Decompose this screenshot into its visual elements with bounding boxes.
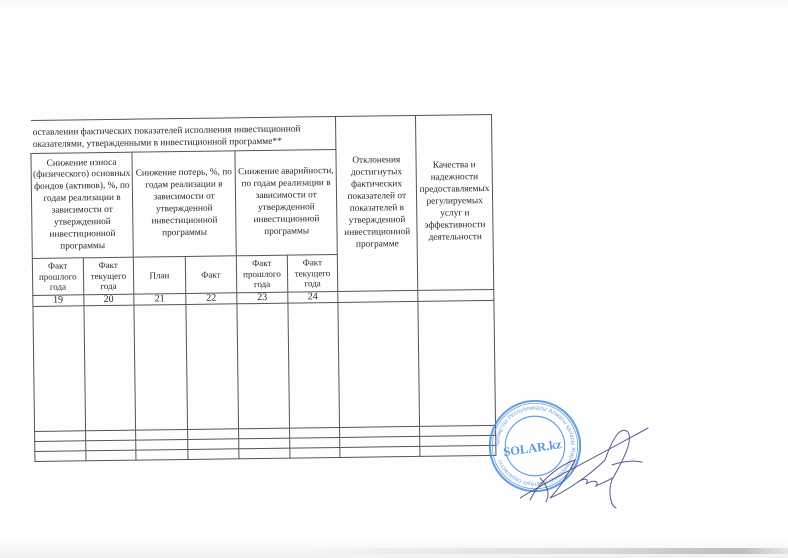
subheader-22: Факт: [185, 256, 237, 294]
column-number: 23: [237, 292, 288, 304]
subheader-20: Факт текущего года: [83, 257, 134, 295]
table-cell: [35, 431, 86, 442]
table-cell: [288, 303, 340, 429]
table-cell: [289, 428, 340, 439]
table-cell: [187, 439, 239, 450]
table-cell: [85, 450, 136, 461]
report-table-container: оставлении фактических показателей испол…: [30, 114, 496, 462]
table-cell: [35, 451, 86, 462]
table-cell: [289, 438, 340, 449]
table-cell: [136, 450, 188, 461]
table-cell: [239, 428, 290, 439]
table-cell: [289, 448, 340, 459]
header-quality: Качества и надежности предоставляемых ре…: [416, 114, 494, 290]
scan-artifact: [300, 548, 788, 554]
header-deviations: Отклонения достигнутых фактических показ…: [336, 115, 418, 291]
table-cell: [338, 301, 420, 427]
column-number: 21: [134, 294, 186, 306]
table-cell: [85, 430, 136, 441]
table-cell: [187, 429, 239, 440]
table-cell: [239, 438, 290, 449]
table-cell: [239, 448, 290, 459]
column-number: 20: [83, 294, 134, 306]
table-cell: [237, 303, 289, 429]
header-wear-reduction: Снижение износа (физического) основных ф…: [31, 152, 133, 258]
column-number: 24: [287, 292, 338, 304]
column-number: 22: [185, 293, 237, 305]
table-cell: [136, 430, 188, 441]
header-loss-reduction: Снижение потерь, %, по годам реализации …: [132, 151, 236, 257]
table-cell: [134, 305, 187, 431]
investment-indicators-table: оставлении фактических показателей испол…: [30, 114, 496, 462]
table-cell: [33, 306, 85, 432]
signature-icon: [520, 420, 650, 510]
subheader-21: План: [133, 257, 185, 295]
scanned-page: оставлении фактических показателей испол…: [0, 0, 788, 558]
table-cell: [83, 305, 135, 431]
header-accident-reduction: Снижение аварийности, по годам реализаци…: [235, 150, 337, 256]
table-cell: [136, 440, 188, 451]
subheader-24: Факт текущего года: [287, 255, 338, 293]
table-cell: [85, 440, 136, 451]
table-cell: [35, 441, 86, 452]
caption-line-2: оказателями, утвержденными в инвестицион…: [33, 135, 334, 151]
table-cell: [340, 446, 420, 457]
table-row: [33, 301, 496, 432]
column-number: 19: [33, 295, 84, 307]
table-cell: [187, 449, 239, 460]
subheader-23: Факт прошлого года: [236, 255, 287, 293]
table-cell: [418, 301, 495, 427]
table-cell: [186, 304, 239, 430]
subheader-19: Факт прошлого года: [32, 258, 83, 296]
table-cell: [420, 445, 496, 456]
table-caption: оставлении фактических показателей испол…: [31, 116, 337, 153]
